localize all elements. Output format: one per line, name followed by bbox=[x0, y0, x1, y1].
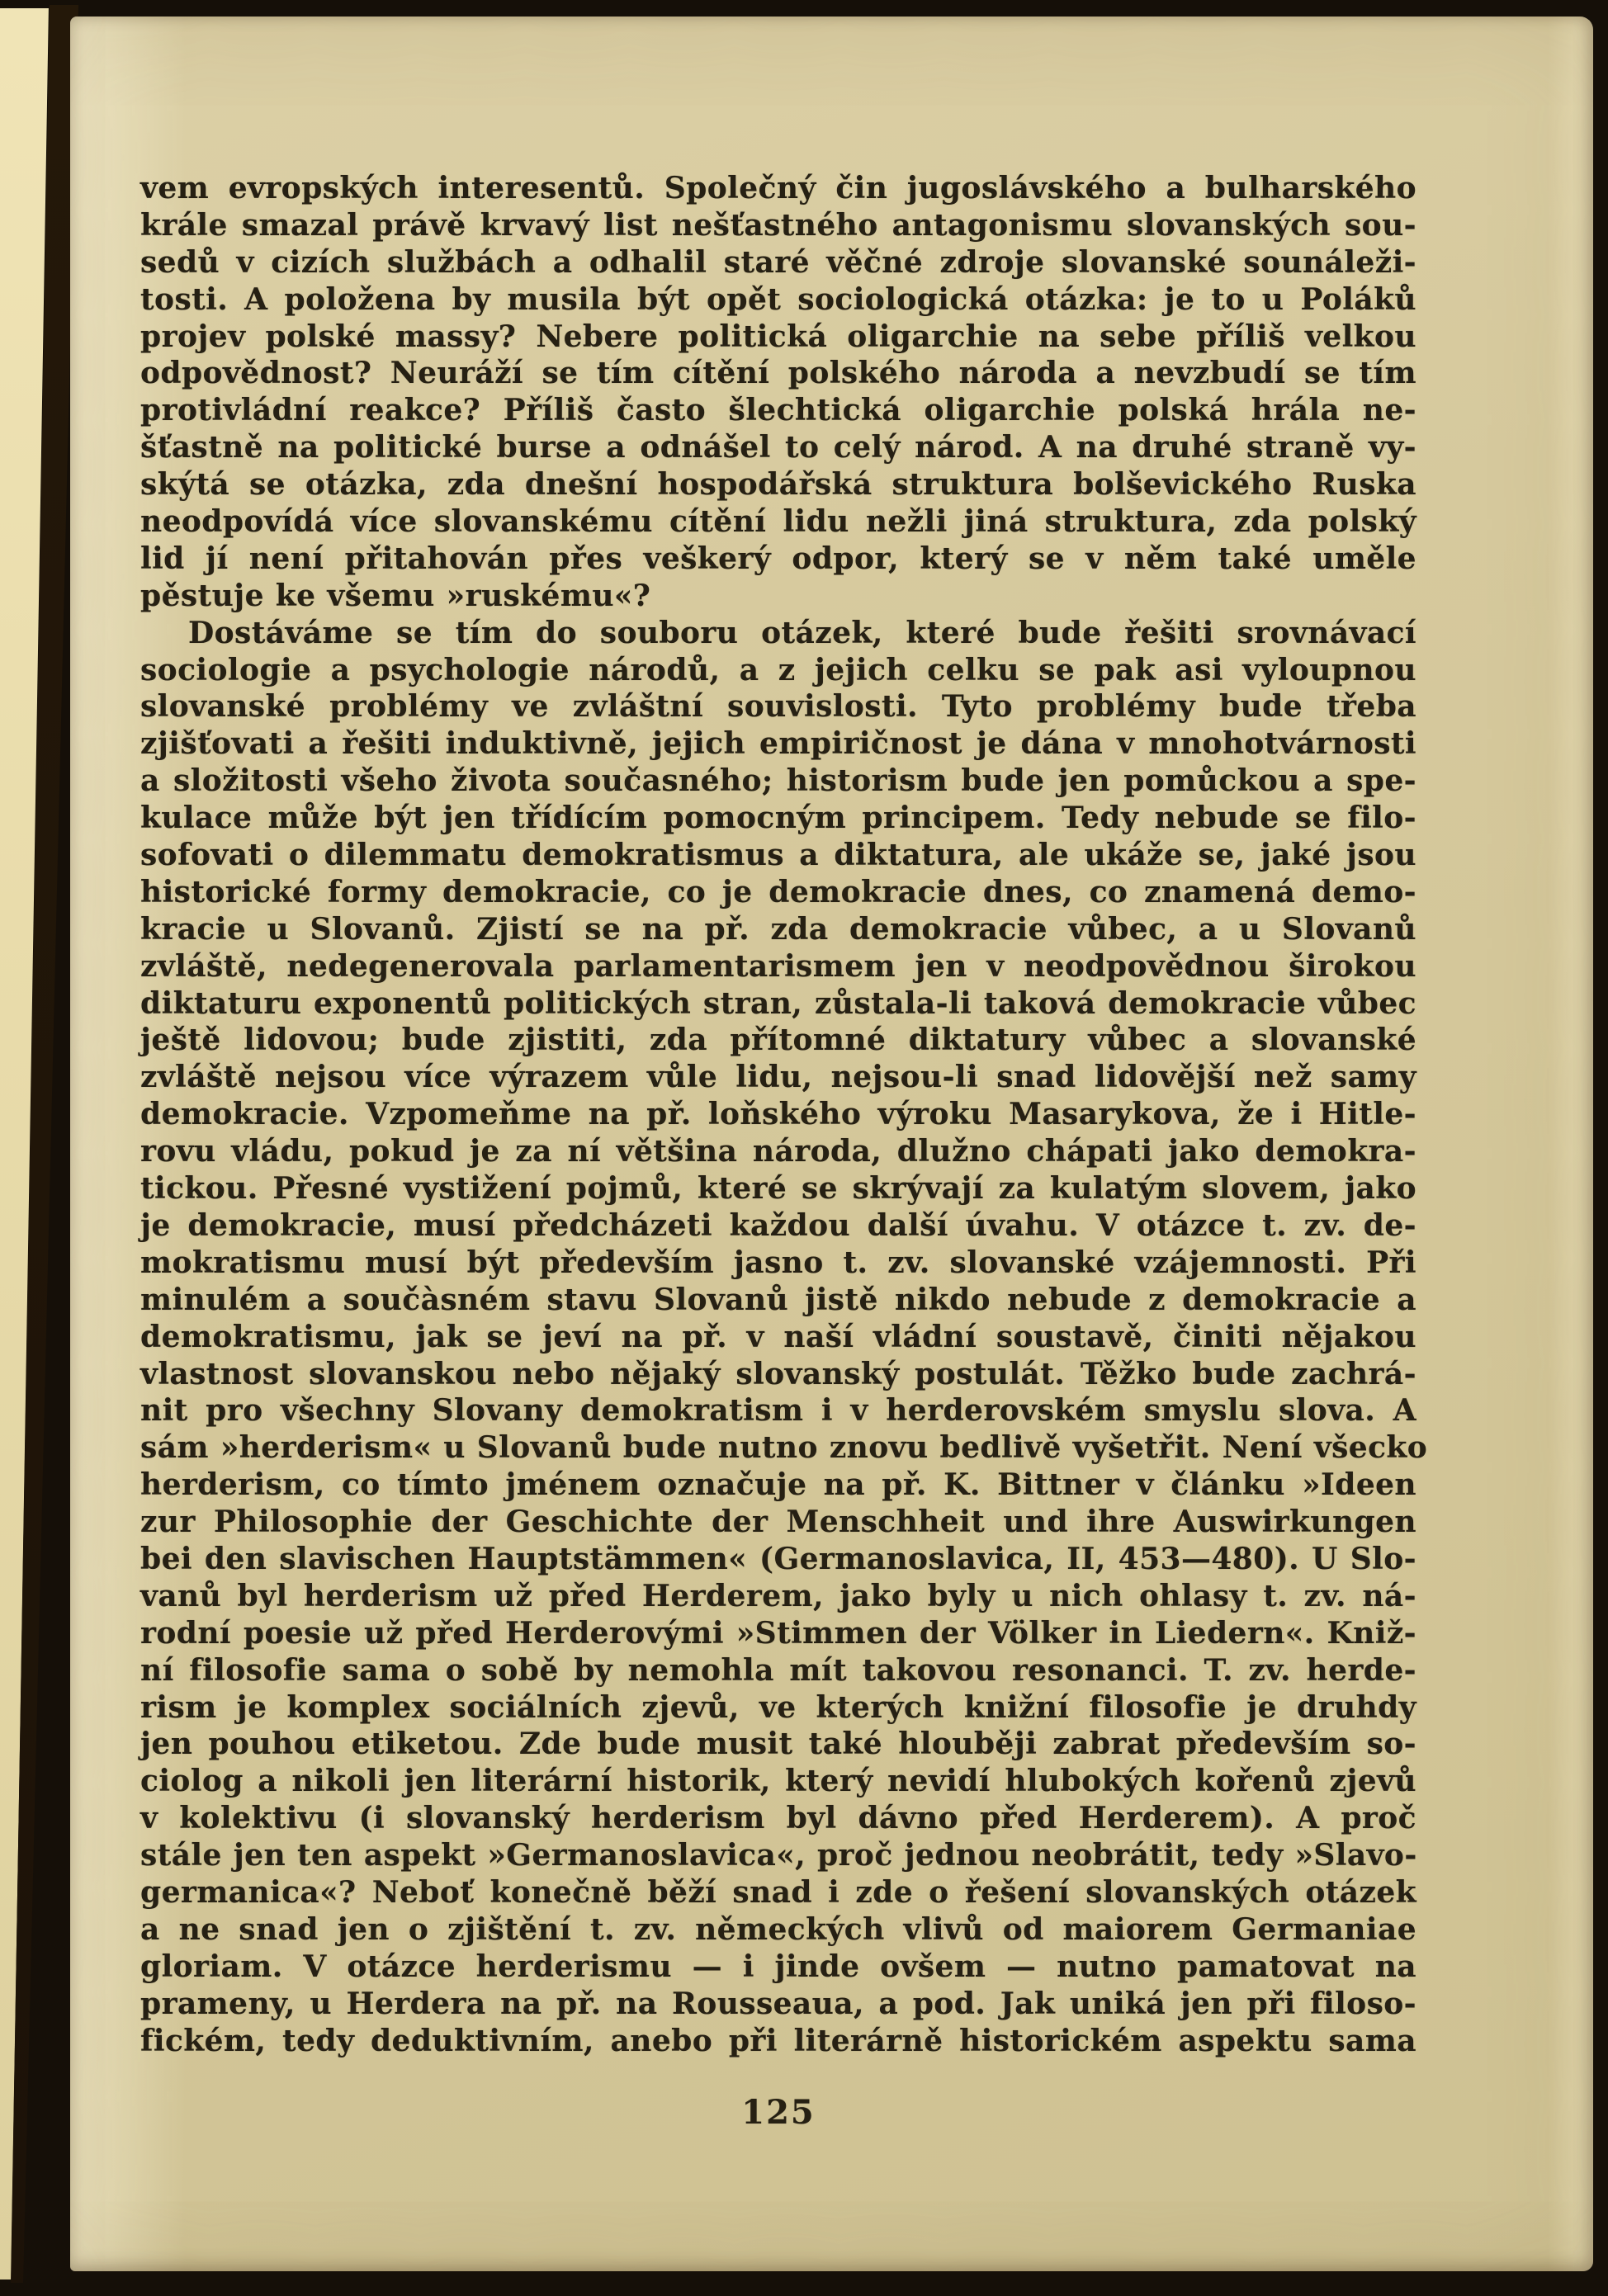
text-line: zur Philosophie der Geschichte der Mensc… bbox=[140, 1504, 1416, 1541]
text-line: gloriam. V otázce herderismu — i jinde o… bbox=[140, 1949, 1416, 1986]
text-line: a ne snad jen o zjištění t. zv. německýc… bbox=[140, 1911, 1416, 1949]
text-line: ještě lidovou; bude zjistiti, zda přítom… bbox=[140, 1022, 1416, 1059]
text-line: tickou. Přesné vystižení pojmů, které se… bbox=[140, 1170, 1416, 1207]
text-line: krále smazal právě krvavý list nešťastné… bbox=[140, 207, 1416, 244]
text-line: kulace může být jen třídícím pomocným pr… bbox=[140, 800, 1416, 837]
text-line: pěstuje ke všemu »ruskému«? bbox=[140, 578, 1416, 615]
text-line: demokracie. Vzpomeňme na př. loňského vý… bbox=[140, 1096, 1416, 1133]
book-scan: vem evropských interesentů. Společný čin… bbox=[0, 0, 1608, 2296]
book-page: vem evropských interesentů. Společný čin… bbox=[70, 17, 1593, 2271]
text-line: herderism, co tímto jménem označuje na p… bbox=[140, 1467, 1416, 1504]
text-line: neodpovídá více slovanskému cítění lidu … bbox=[140, 503, 1416, 541]
text-line: mokratismu musí být především jasno t. z… bbox=[140, 1245, 1416, 1282]
text-line: vem evropských interesentů. Společný čin… bbox=[140, 170, 1416, 207]
text-line: je demokracie, musí předcházeti každou d… bbox=[140, 1207, 1416, 1245]
text-line: historické formy demokracie, co je demok… bbox=[140, 874, 1416, 911]
text-line: minulém a součàsném stavu Slovanů jistě … bbox=[140, 1282, 1416, 1319]
text-line: kracie u Slovanů. Zjistí se na př. zda d… bbox=[140, 911, 1416, 948]
page-number: 125 bbox=[140, 2093, 1416, 2132]
text-line: tosti. A položena by musila být opět soc… bbox=[140, 281, 1416, 319]
text-line: germanica«? Neboť konečně běží snad i zd… bbox=[140, 1874, 1416, 1911]
text-line: sociologie a psychologie národů, a z jej… bbox=[140, 652, 1416, 689]
text-line: zvláště nejsou více výrazem vůle lidu, n… bbox=[140, 1059, 1416, 1096]
text-block: vem evropských interesentů. Společný čin… bbox=[140, 170, 1416, 2059]
text-line: jen pouhou etiketou. Zde bude musit také… bbox=[140, 1726, 1416, 1763]
text-line: prameny, u Herdera na př. na Rousseaua, … bbox=[140, 1986, 1416, 2023]
text-line: rovu vládu, pokud je za ní většina národ… bbox=[140, 1133, 1416, 1170]
text-line: sofovati o dilemmatu demokratismus a dik… bbox=[140, 837, 1416, 874]
text-line: v kolektivu (i slovanský herderism byl d… bbox=[140, 1800, 1416, 1837]
text-line: fickém, tedy deduktivním, anebo při lite… bbox=[140, 2023, 1416, 2060]
text-line: lid jí není přitahován přes veškerý odpo… bbox=[140, 541, 1416, 578]
text-line: slovanské problémy ve zvláštní souvislos… bbox=[140, 688, 1416, 725]
paragraph: Dostáváme se tím do souboru otázek, kter… bbox=[140, 615, 1416, 2060]
text-line: diktaturu exponentů politických stran, z… bbox=[140, 985, 1416, 1023]
text-line: a složitosti všeho života současného; hi… bbox=[140, 763, 1416, 800]
text-line: Dostáváme se tím do souboru otázek, kter… bbox=[140, 615, 1416, 652]
text-line: stále jen ten aspekt »Germanoslavica«, p… bbox=[140, 1837, 1416, 1874]
text-line: zvláště, nedegenerovala parlamentarismem… bbox=[140, 948, 1416, 985]
paragraph: vem evropských interesentů. Společný čin… bbox=[140, 170, 1416, 615]
text-line: sedů v cizích službách a odhalil staré v… bbox=[140, 244, 1416, 281]
text-line: zjišťovati a řešiti induktivně, jejich e… bbox=[140, 725, 1416, 763]
text-line: projev polské massy? Nebere politická ol… bbox=[140, 319, 1416, 356]
text-line: rism je komplex sociálních zjevů, ve kte… bbox=[140, 1689, 1416, 1727]
text-line: rodní poesie už před Herderovými »Stimme… bbox=[140, 1615, 1416, 1652]
text-line: ní filosofie sama o sobě by nemohla mít … bbox=[140, 1652, 1416, 1689]
text-line: bei den slavischen Hauptstämmen« (German… bbox=[140, 1541, 1416, 1578]
text-line: šťastně na politické burse a odnášel to … bbox=[140, 429, 1416, 466]
text-line: odpovědnost? Neuráží se tím cítění polsk… bbox=[140, 355, 1416, 392]
text-line: demokratismu, jak se jeví na př. v naší … bbox=[140, 1319, 1416, 1356]
text-line: vlastnost slovanskou nebo nějaký slovans… bbox=[140, 1356, 1416, 1393]
text-line: protivládní reakce? Příliš často šlechti… bbox=[140, 392, 1416, 429]
text-line: sám »herderism« u Slovanů bude nutno zno… bbox=[140, 1429, 1416, 1467]
text-line: ciolog a nikoli jen literární historik, … bbox=[140, 1763, 1416, 1800]
text-line: vanů byl herderism už před Herderem, jak… bbox=[140, 1578, 1416, 1615]
text-line: skýtá se otázka, zda dnešní hospodářská … bbox=[140, 466, 1416, 503]
text-line: nit pro všechny Slovany demokratism i v … bbox=[140, 1392, 1416, 1429]
